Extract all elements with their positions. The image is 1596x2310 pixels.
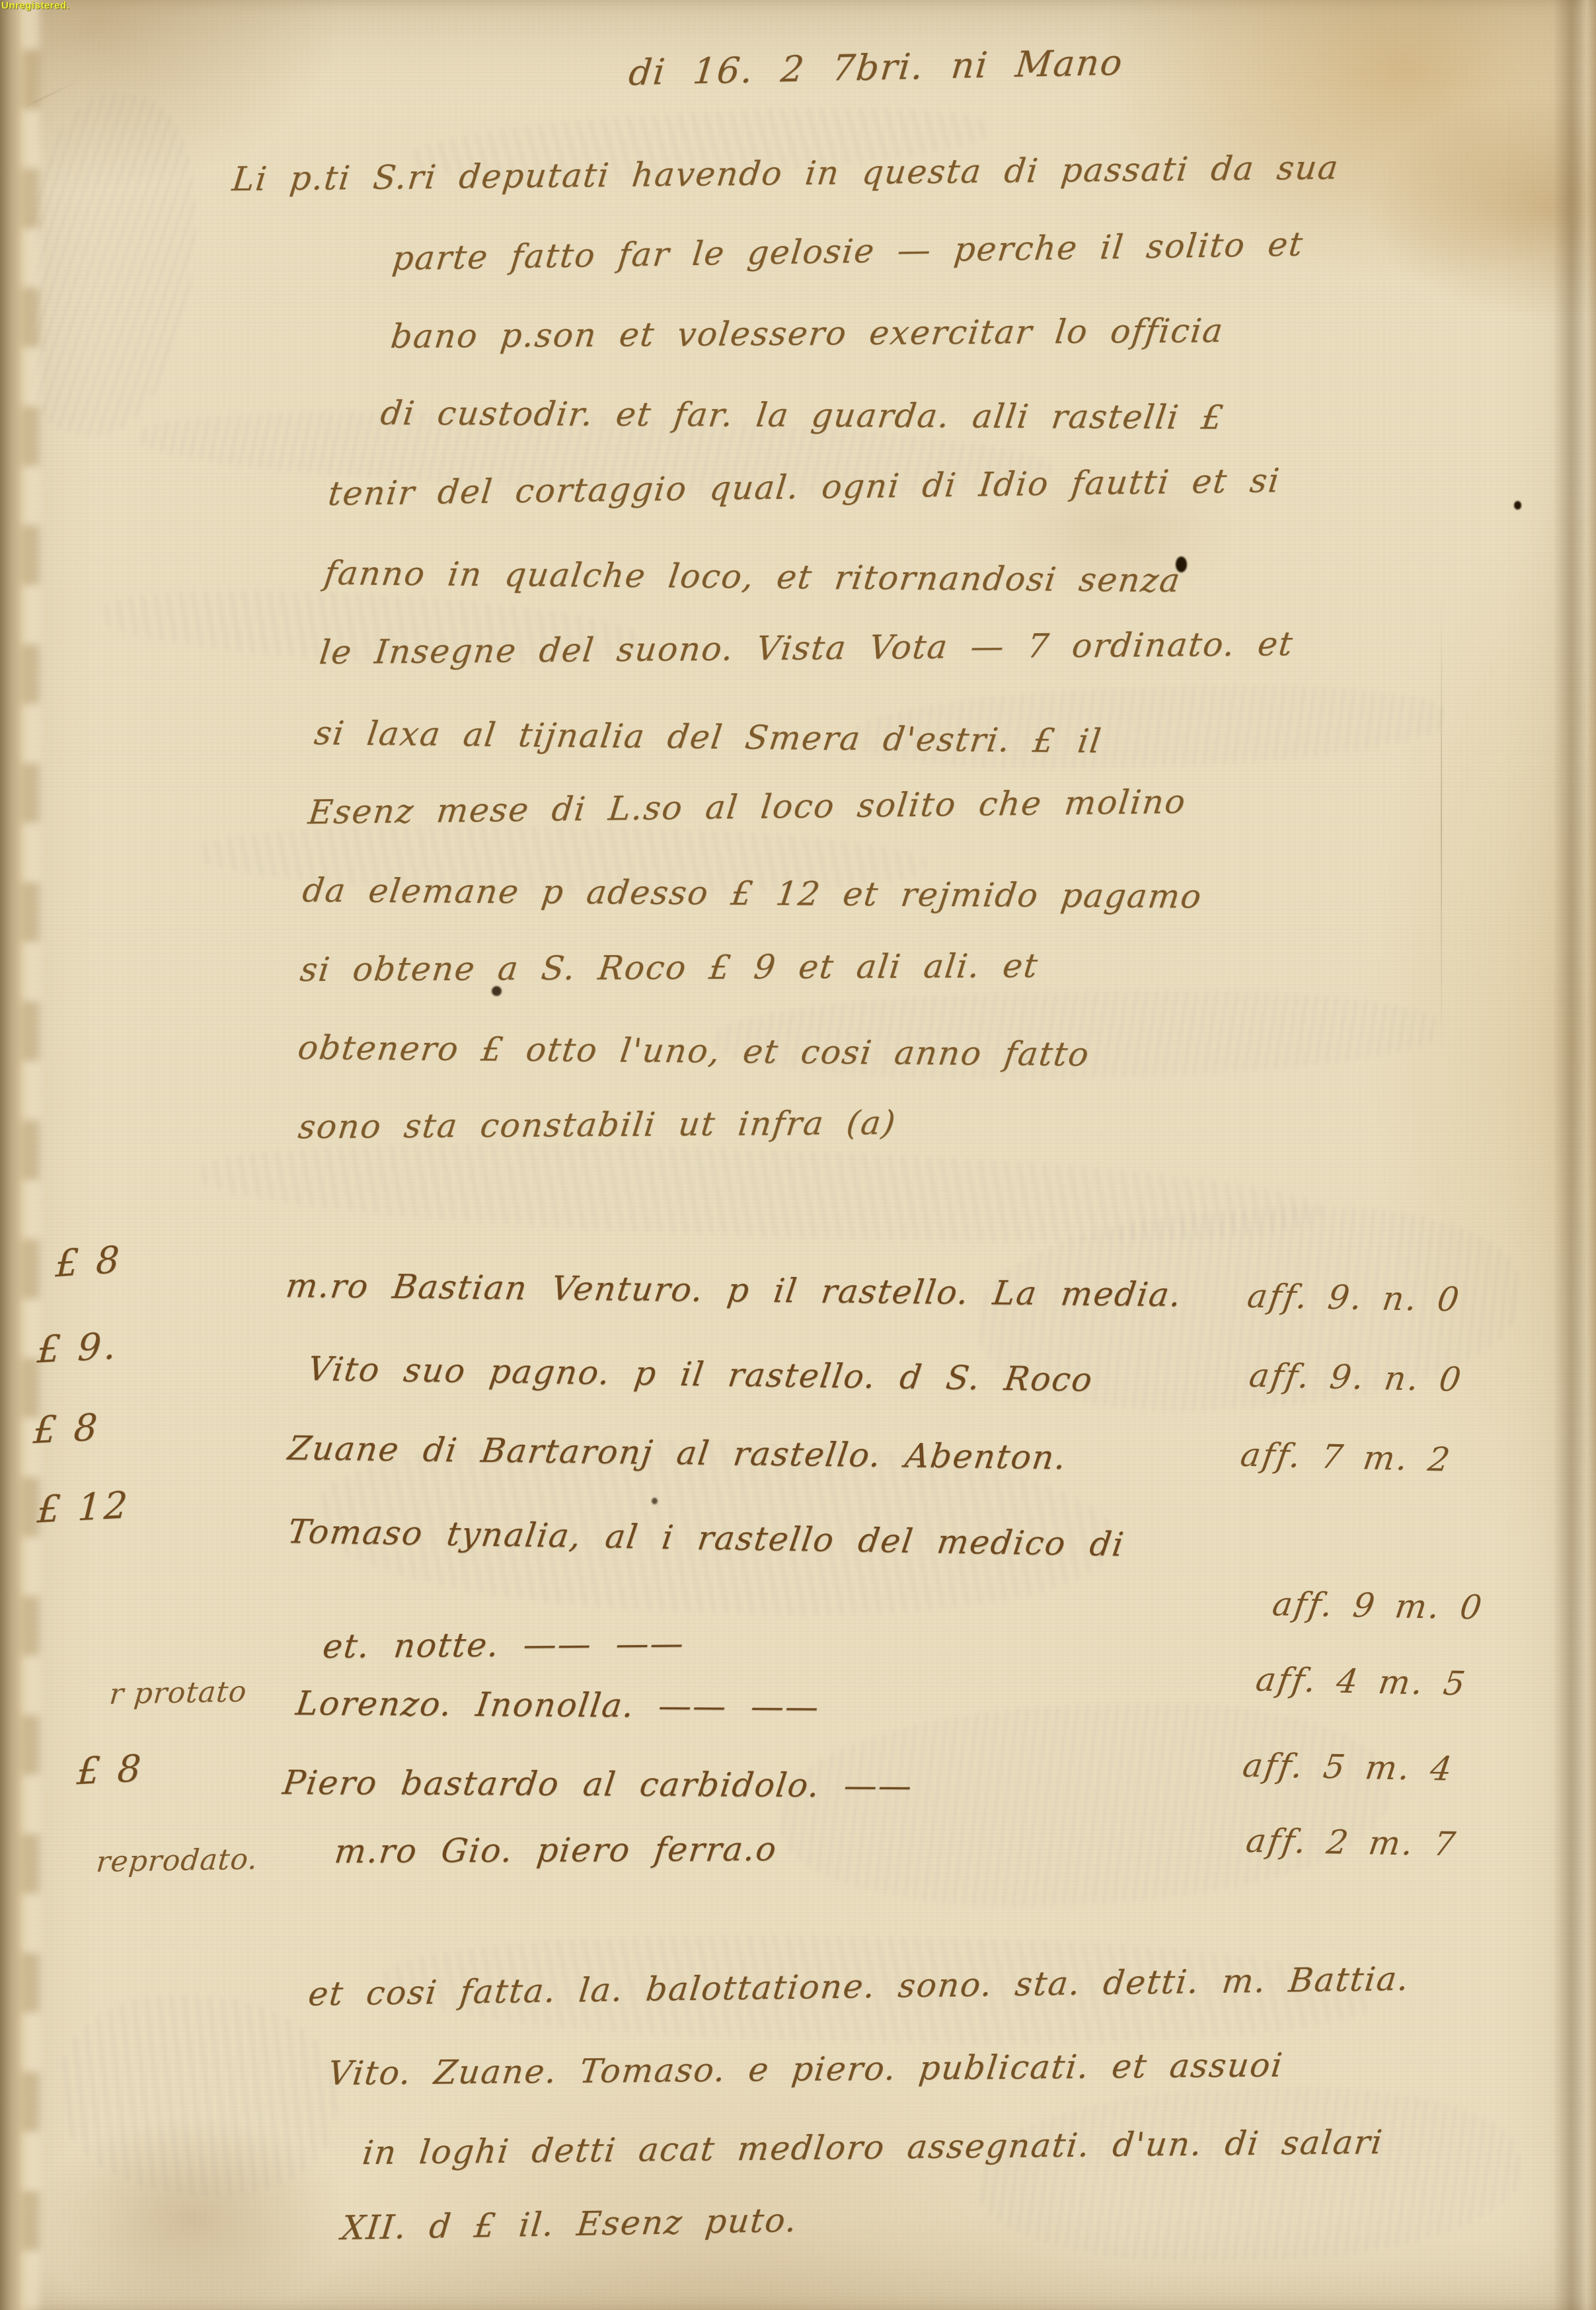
roster-attendance: aff. 7 m. 2 (1238, 1436, 1454, 1479)
scanned-manuscript: di 16. 2 7bri. ni Mano Li p.ti S.ri depu… (0, 0, 1596, 2310)
bleed-through-smudge (975, 2079, 1523, 2270)
manuscript-line: obtenero £ otto l'uno, et cosi anno fatt… (295, 1028, 1092, 1073)
manuscript-line: Vito. Zuane. Tomaso. e piero. publicati.… (326, 2046, 1285, 2093)
roster-margin-note: reprodato. (95, 1843, 260, 1879)
manuscript-page: di 16. 2 7bri. ni Mano Li p.ti S.ri depu… (0, 0, 1596, 2310)
manuscript-line: fanno in qualche loco, et ritornandosi s… (322, 554, 1183, 599)
roster-margin-amount: £ 8 (32, 1406, 101, 1453)
manuscript-line: Li p.ti S.ri deputati havendo in questa … (230, 148, 1341, 198)
roster-entry-continued: et. notte. —— —— (321, 1624, 687, 1666)
torn-edge-highlight (22, 0, 40, 2310)
roster-attendance: aff. 9 m. 0 (1270, 1585, 1486, 1627)
manuscript-line: di custodir. et far. la guarda. alli ras… (379, 394, 1227, 437)
roster-margin-amount: £ 12 (36, 1484, 132, 1532)
manuscript-line: le Insegne del suono. Vista Vota — 7 ord… (317, 625, 1295, 672)
manuscript-line: parte fatto far le gelosie — perche il s… (391, 225, 1306, 278)
manuscript-line: sono sta constabili ut infra (a) (296, 1104, 898, 1146)
manuscript-line: da elemane p adesso £ 12 et rejmido paga… (300, 871, 1204, 915)
crease-line (1441, 595, 1442, 1058)
roster-attendance: aff. 9. n. 0 (1245, 1277, 1463, 1319)
roster-attendance: aff. 2 m. 7 (1244, 1822, 1460, 1863)
bleed-through-smudge (50, 1982, 346, 2208)
manuscript-line: si laxa al tijnalia del Smera d'estri. £… (312, 714, 1104, 760)
roster-entry: m.ro Gio. piero ferra.o (332, 1829, 779, 1870)
roster-attendance: aff. 9. n. 0 (1247, 1356, 1465, 1399)
date-heading: di 16. 2 7bri. ni Mano (627, 41, 1125, 93)
manuscript-line: si obtene a S. Roco £ 9 et ali ali. et (298, 946, 1040, 989)
roster-margin-amount: £ 9. (36, 1325, 120, 1372)
ink-blot (652, 1498, 658, 1504)
roster-margin-note: r protato (108, 1675, 248, 1711)
manuscript-line: XII. d £ il. Esenz puto. (340, 2201, 800, 2247)
roster-attendance: aff. 4 m. 5 (1254, 1660, 1470, 1703)
roster-margin-amount: £ 8 (76, 1747, 145, 1794)
roster-entry: Vito suo pagno. p il rastello. d S. Roco (305, 1350, 1096, 1399)
manuscript-line: Esenz mese di L.so al loco solito che mo… (307, 783, 1188, 831)
unregistered-watermark: Unregistered. (1, 0, 69, 11)
page-fold-edge (1553, 0, 1596, 2310)
manuscript-line: bano p.son et volessero exercitar lo off… (389, 311, 1226, 356)
roster-entry: Piero bastardo al carbidolo. —— (281, 1763, 915, 1805)
roster-margin-amount: £ 8 (55, 1238, 123, 1286)
roster-entry: Lorenzo. Inonolla. —— —— (293, 1684, 822, 1726)
roster-attendance: aff. 5 m. 4 (1240, 1746, 1457, 1788)
ink-blot (1514, 501, 1521, 510)
